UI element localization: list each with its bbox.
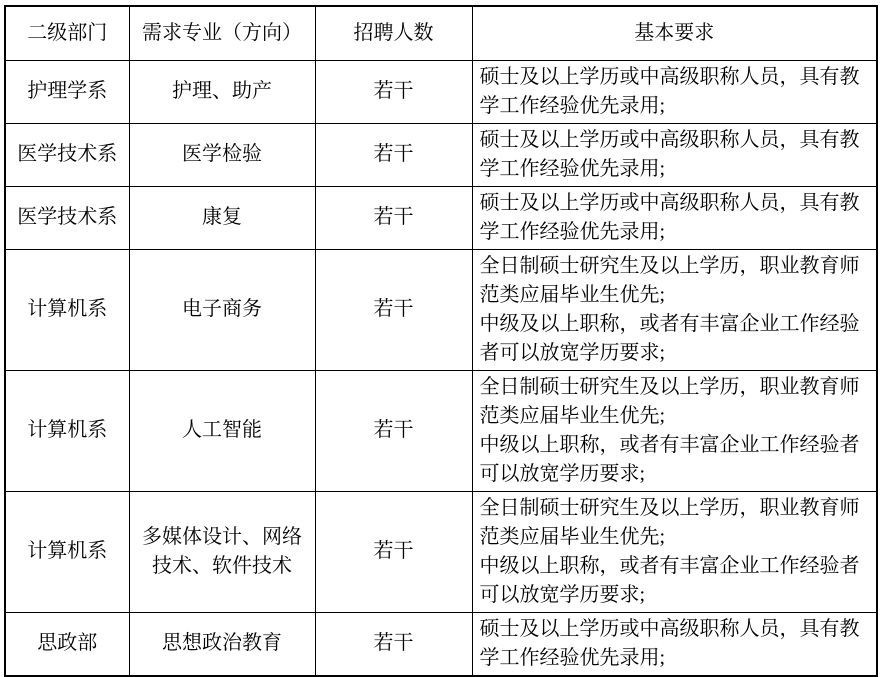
requirement-paragraph: 中级以上职称，或者有丰富企业工作经验者可以放宽学历要求;: [480, 552, 869, 610]
cell-department: 医学技术系: [5, 186, 129, 249]
requirement-paragraph: 硕士及以上学历或中高级职称人员，具有教学工作经验优先录用;: [480, 63, 869, 121]
header-cell: 招聘人数: [315, 6, 472, 60]
requirement-paragraph: 中级以上职称，或者有丰富企业工作经验者可以放宽学历要求;: [480, 431, 869, 489]
requirement-paragraph: 全日制硕士研究生及以上学历，职业教育师范类应届毕业生优先;: [480, 494, 869, 552]
cell-department: 护理学系: [5, 60, 129, 123]
header-row: 二级部门需求专业（方向）招聘人数基本要求: [5, 6, 877, 60]
cell-headcount: 若干: [315, 370, 472, 491]
requirement-paragraph: 全日制硕士研究生及以上学历，职业教育师范类应届毕业生优先;: [480, 373, 869, 431]
cell-major: 思想政治教育: [129, 612, 315, 676]
table-row: 医学技术系康复若干硕士及以上学历或中高级职称人员，具有教学工作经验优先录用;: [5, 186, 877, 249]
cell-major: 医学检验: [129, 123, 315, 186]
cell-department: 计算机系: [5, 491, 129, 612]
header-cell: 需求专业（方向）: [129, 6, 315, 60]
cell-major: 多媒体设计、网络技术、软件技术: [129, 491, 315, 612]
table-row: 计算机系电子商务若干全日制硕士研究生及以上学历，职业教育师范类应届毕业生优先;中…: [5, 249, 877, 370]
header-cell: 基本要求: [472, 6, 877, 60]
cell-requirements: 全日制硕士研究生及以上学历，职业教育师范类应届毕业生优先;中级以上职称，或者有丰…: [472, 370, 877, 491]
cell-headcount: 若干: [315, 612, 472, 676]
requirement-paragraph: 全日制硕士研究生及以上学历，职业教育师范类应届毕业生优先;: [480, 252, 869, 310]
cell-requirements: 硕士及以上学历或中高级职称人员，具有教学工作经验优先录用;: [472, 612, 877, 676]
cell-requirements: 硕士及以上学历或中高级职称人员，具有教学工作经验优先录用;: [472, 186, 877, 249]
table-row: 医学技术系医学检验若干硕士及以上学历或中高级职称人员，具有教学工作经验优先录用;: [5, 123, 877, 186]
cell-requirements: 全日制硕士研究生及以上学历，职业教育师范类应届毕业生优先;中级以上职称，或者有丰…: [472, 491, 877, 612]
cell-headcount: 若干: [315, 249, 472, 370]
header-cell: 二级部门: [5, 6, 129, 60]
cell-requirements: 硕士及以上学历或中高级职称人员，具有教学工作经验优先录用;: [472, 60, 877, 123]
cell-major: 康复: [129, 186, 315, 249]
table-row: 计算机系多媒体设计、网络技术、软件技术若干全日制硕士研究生及以上学历，职业教育师…: [5, 491, 877, 612]
cell-department: 计算机系: [5, 370, 129, 491]
cell-requirements: 全日制硕士研究生及以上学历，职业教育师范类应届毕业生优先;中级及以上职称，或者有…: [472, 249, 877, 370]
cell-requirements: 硕士及以上学历或中高级职称人员，具有教学工作经验优先录用;: [472, 123, 877, 186]
cell-major: 护理、助产: [129, 60, 315, 123]
recruitment-table: 二级部门需求专业（方向）招聘人数基本要求 护理学系护理、助产若干硕士及以上学历或…: [4, 5, 878, 677]
cell-headcount: 若干: [315, 186, 472, 249]
cell-headcount: 若干: [315, 60, 472, 123]
table-body: 护理学系护理、助产若干硕士及以上学历或中高级职称人员，具有教学工作经验优先录用;…: [5, 60, 877, 676]
table-row: 计算机系人工智能若干全日制硕士研究生及以上学历，职业教育师范类应届毕业生优先;中…: [5, 370, 877, 491]
cell-headcount: 若干: [315, 491, 472, 612]
requirement-paragraph: 硕士及以上学历或中高级职称人员，具有教学工作经验优先录用;: [480, 126, 869, 184]
table-row: 护理学系护理、助产若干硕士及以上学历或中高级职称人员，具有教学工作经验优先录用;: [5, 60, 877, 123]
cell-major: 电子商务: [129, 249, 315, 370]
cell-department: 思政部: [5, 612, 129, 676]
cell-department: 医学技术系: [5, 123, 129, 186]
requirement-paragraph: 中级及以上职称，或者有丰富企业工作经验者可以放宽学历要求;: [480, 310, 869, 368]
cell-headcount: 若干: [315, 123, 472, 186]
requirement-paragraph: 硕士及以上学历或中高级职称人员，具有教学工作经验优先录用;: [480, 189, 869, 247]
table-row: 思政部思想政治教育若干硕士及以上学历或中高级职称人员，具有教学工作经验优先录用;: [5, 612, 877, 676]
cell-major: 人工智能: [129, 370, 315, 491]
requirement-paragraph: 硕士及以上学历或中高级职称人员，具有教学工作经验优先录用;: [480, 615, 869, 673]
cell-department: 计算机系: [5, 249, 129, 370]
